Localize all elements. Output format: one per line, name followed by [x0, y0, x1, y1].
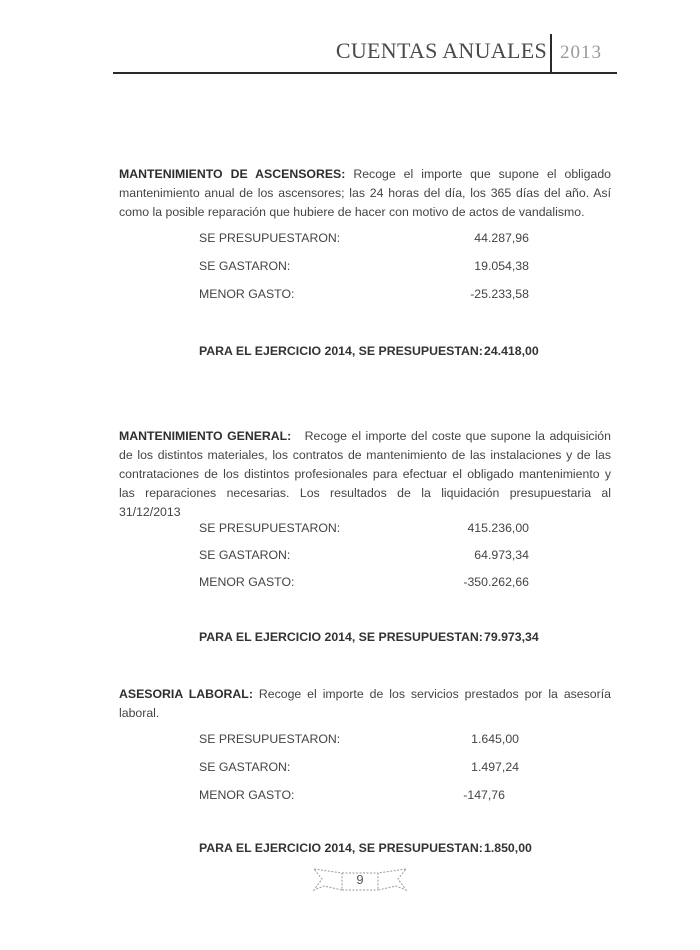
- header-divider: [550, 34, 552, 74]
- figure-label: SE PRESUPUESTARON:: [199, 231, 340, 245]
- figure-value: 64.973,34: [409, 548, 529, 562]
- figure-value: 1.497,24: [399, 760, 519, 774]
- page-header: CUENTAS ANUALES 2013: [113, 28, 617, 74]
- figure-label: SE GASTARON:: [199, 259, 290, 273]
- document-year: 2013: [560, 42, 602, 64]
- figure-value: -350.262,66: [409, 575, 529, 589]
- section-heading: MANTENIMIENTO GENERAL:: [119, 429, 291, 443]
- figure-label: SE PRESUPUESTARON:: [199, 732, 340, 746]
- section-general: MANTENIMIENTO GENERAL: Recoge el importe…: [119, 427, 611, 522]
- budget-2014: PARA EL EJERCICIO 2014, SE PRESUPUESTAN:…: [199, 344, 559, 358]
- budget-label: PARA EL EJERCICIO 2014, SE PRESUPUESTAN:: [199, 841, 483, 855]
- figure-value: -25.233,58: [409, 287, 529, 301]
- section-paragraph: MANTENIMIENTO DE ASCENSORES: Recoge el i…: [119, 165, 611, 222]
- budget-value: 24.418,00: [484, 344, 539, 358]
- figure-label: MENOR GASTO:: [199, 788, 294, 802]
- figure-label: MENOR GASTO:: [199, 287, 294, 301]
- page-number-ribbon: 9: [312, 866, 408, 894]
- figure-label: MENOR GASTO:: [199, 575, 294, 589]
- figure-label: SE GASTARON:: [199, 760, 290, 774]
- figure-value: 44.287,96: [409, 231, 529, 245]
- figure-value: 415.236,00: [409, 521, 529, 535]
- figure-value: -147,76: [385, 788, 505, 802]
- figure-label: SE PRESUPUESTARON:: [199, 521, 340, 535]
- budget-2014: PARA EL EJERCICIO 2014, SE PRESUPUESTAN:…: [199, 841, 559, 855]
- figure-label: SE GASTARON:: [199, 548, 290, 562]
- budget-label: PARA EL EJERCICIO 2014, SE PRESUPUESTAN:: [199, 630, 483, 644]
- section-asesoria: ASESORIA LABORAL: Recoge el importe de l…: [119, 685, 611, 723]
- section-heading: ASESORIA LABORAL:: [119, 687, 253, 701]
- figure-value: 1.645,00: [399, 732, 519, 746]
- section-ascensores: MANTENIMIENTO DE ASCENSORES: Recoge el i…: [119, 165, 611, 222]
- page-number: 9: [312, 872, 408, 887]
- budget-label: PARA EL EJERCICIO 2014, SE PRESUPUESTAN:: [199, 344, 483, 358]
- section-heading: MANTENIMIENTO DE ASCENSORES:: [119, 167, 345, 181]
- document-title: CUENTAS ANUALES: [336, 38, 547, 64]
- budget-2014: PARA EL EJERCICIO 2014, SE PRESUPUESTAN:…: [199, 630, 559, 644]
- figure-value: 19.054,38: [409, 259, 529, 273]
- budget-value: 79.973,34: [484, 630, 539, 644]
- section-paragraph: MANTENIMIENTO GENERAL: Recoge el importe…: [119, 427, 611, 522]
- section-paragraph: ASESORIA LABORAL: Recoge el importe de l…: [119, 685, 611, 723]
- budget-value: 1.850,00: [484, 841, 532, 855]
